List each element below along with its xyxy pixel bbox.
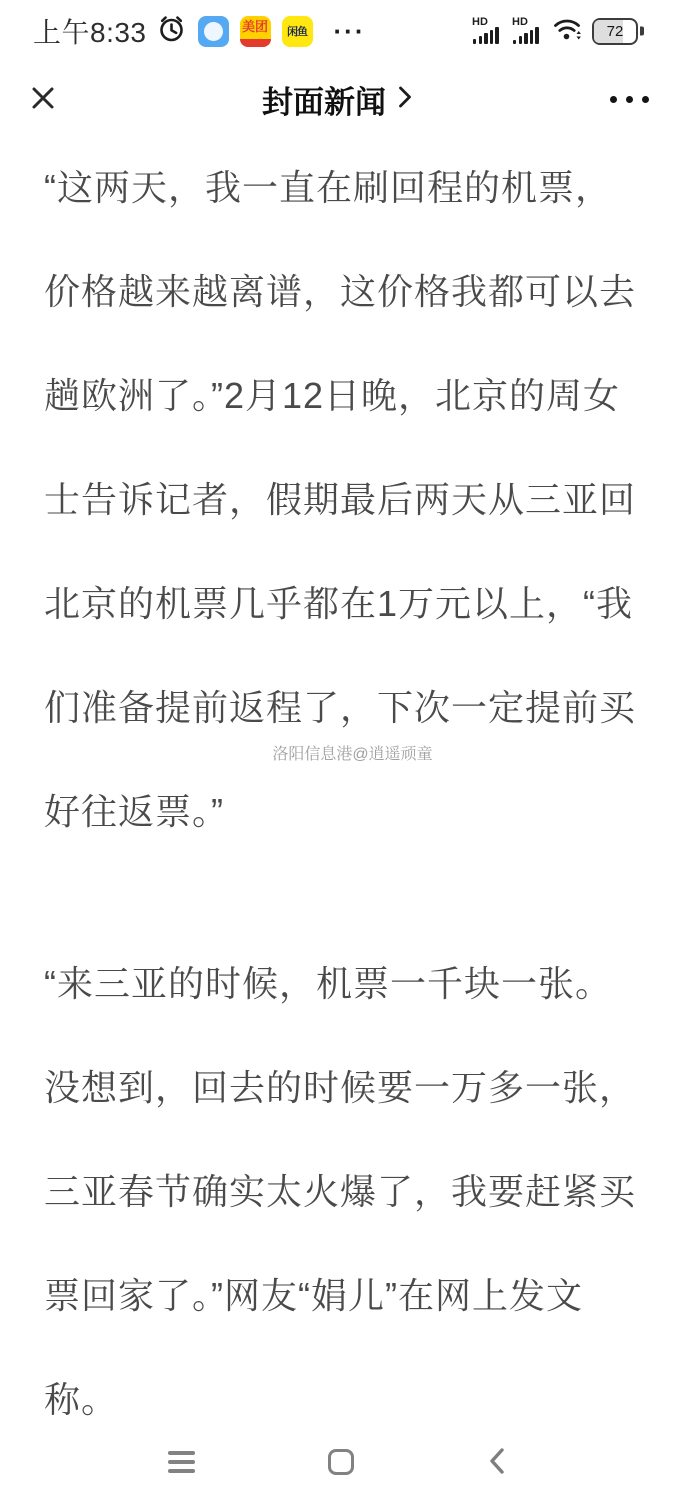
article-line: 好往返票。” <box>44 760 631 864</box>
more-notifications-ellipsis: ··· <box>334 18 366 44</box>
article-line: 趟欧洲了。”2月12日晚，北京的周女 <box>44 344 631 448</box>
article-line: 票回家了。”网友“娟儿”在网上发文 <box>44 1244 631 1348</box>
status-right-icons: HD HD 72 <box>472 15 643 47</box>
article-line: 三亚春节确实太火爆了，我要赶紧买 <box>44 1140 631 1244</box>
account-title-link[interactable]: 封面新闻 <box>262 77 413 122</box>
meituan-banner <box>240 39 271 47</box>
app-header: 封面新闻 <box>0 62 675 136</box>
xianyu-label: 闲鱼 <box>287 23 307 39</box>
article-line: “这两天，我一直在刷回程的机票， <box>44 136 631 240</box>
watermark-text: 洛阳信息港@逍遥顽童 <box>272 741 432 764</box>
xianyu-app-icon: 闲鱼 <box>282 16 313 47</box>
back-button[interactable] <box>487 1445 507 1480</box>
recents-menu-button[interactable] <box>168 1451 195 1473</box>
article-body: “这两天，我一直在刷回程的机票， 价格越来越离谱，这价格我都可以去 趟欧洲了。”… <box>0 136 675 1452</box>
wifi-icon <box>552 15 583 47</box>
article-line: “来三亚的时候，机票一千块一张。 <box>44 932 631 1036</box>
article-line: 价格越来越离谱，这价格我都可以去 <box>44 240 631 344</box>
chevron-right-icon <box>396 82 413 117</box>
blue-app-circle-glyph <box>204 22 223 41</box>
article-paragraph-2: “来三亚的时候，机票一千块一张。 没想到，回去的时候要一万多一张， 三亚春节确实… <box>44 932 631 1452</box>
dot <box>642 96 649 103</box>
home-button[interactable] <box>328 1449 354 1475</box>
meituan-app-icon: 美团 <box>240 16 271 47</box>
meituan-label: 美团 <box>242 18 268 36</box>
cell-signal-icon-sim2: HD <box>512 15 543 47</box>
article-line: 没想到，回去的时候要一万多一张， <box>44 1036 631 1140</box>
dot <box>610 96 617 103</box>
notification-app-icon-blue <box>198 16 229 47</box>
close-button[interactable] <box>26 81 60 118</box>
battery-icon: 72 <box>592 18 638 45</box>
more-menu-button[interactable] <box>610 96 649 103</box>
page-title: 封面新闻 <box>262 77 386 122</box>
dot <box>626 96 633 103</box>
clock-time: 上午8:33 <box>33 11 147 51</box>
article-line: 士告诉记者，假期最后两天从三亚回 <box>44 448 631 552</box>
status-bar: 上午8:33 美团 闲鱼 ··· HD <box>0 0 675 62</box>
system-navigation-bar <box>0 1424 675 1500</box>
cell-signal-icon-sim1: HD <box>472 15 503 47</box>
alarm-clock-icon <box>156 13 187 49</box>
article-line: 北京的机票几乎都在1万元以上，“我 <box>44 552 631 656</box>
battery-percent: 72 <box>607 23 624 40</box>
battery-nub <box>640 27 644 36</box>
status-left-icons: 美团 闲鱼 ··· <box>156 13 366 49</box>
